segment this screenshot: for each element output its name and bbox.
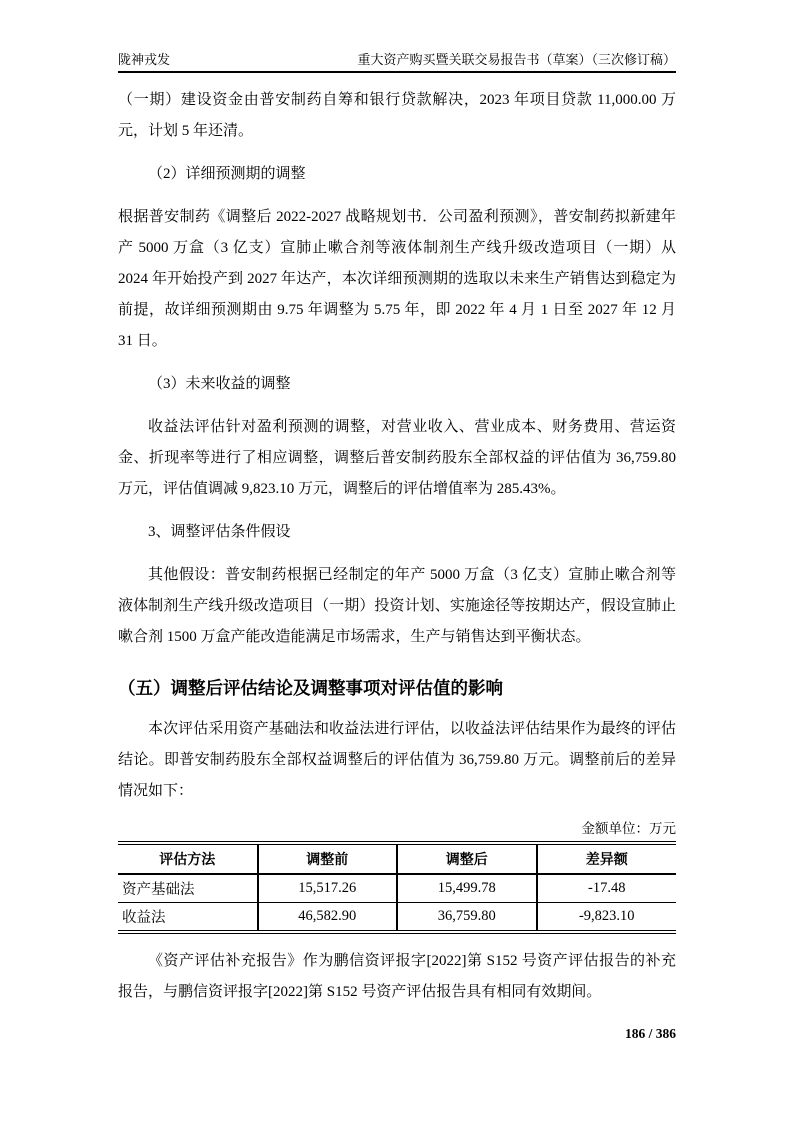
page-header: 陇神戎发 重大资产购买暨关联交易报告书（草案）（三次修订稿） xyxy=(118,50,676,73)
table-row-asset-basis: 资产基础法 15,517.26 15,499.78 -17.48 xyxy=(118,874,676,903)
header-report-title: 重大资产购买暨关联交易报告书（草案）（三次修订稿） xyxy=(357,50,676,69)
table-cell-after: 15,499.78 xyxy=(397,874,537,903)
evaluation-comparison-table: 评估方法 调整前 调整后 差异额 资产基础法 15,517.26 15,499.… xyxy=(118,841,676,934)
document-body: （一期）建设资金由普安制药自筹和银行贷款解决，2023 年项目贷款 11,000… xyxy=(118,85,676,1008)
section-heading-5: （五）调整后评估结论及调整事项对评估值的影响 xyxy=(118,675,676,702)
paragraph-forecast-period: 根据普安制药《调整后 2022-2027 战略规划书．公司盈利预测》，普安制药拟… xyxy=(118,202,676,357)
table-cell-method: 收益法 xyxy=(118,903,258,933)
table-cell-difference: -17.48 xyxy=(537,874,677,903)
subheading-item2: （2）详细预测期的调整 xyxy=(118,159,676,190)
paragraph-assumptions: 其他假设：普安制药根据已经制定的年产 5000 万盒（3 亿支）宣肺止嗽合剂等液… xyxy=(118,560,676,653)
column-header-before: 调整前 xyxy=(258,843,398,874)
subheading-item3: （3）未来收益的调整 xyxy=(118,369,676,400)
paragraph-income-adjustment: 收益法评估针对盈利预测的调整，对营业收入、营业成本、财务费用、营运资金、折现率等… xyxy=(118,412,676,505)
table-header-row: 评估方法 调整前 调整后 差异额 xyxy=(118,843,676,874)
table-cell-after: 36,759.80 xyxy=(397,903,537,933)
paragraph-conclusion: 本次评估采用资产基础法和收益法进行评估，以收益法评估结果作为最终的评估结论。即普… xyxy=(118,714,676,807)
document-page: 陇神戎发 重大资产购买暨关联交易报告书（草案）（三次修订稿） （一期）建设资金由… xyxy=(0,0,793,1122)
table-unit-label: 金额单位：万元 xyxy=(118,819,676,838)
column-header-difference: 差异额 xyxy=(537,843,677,874)
column-header-after: 调整后 xyxy=(397,843,537,874)
table-cell-method: 资产基础法 xyxy=(118,874,258,903)
page-number: 186 / 386 xyxy=(625,1026,676,1042)
table-cell-before: 15,517.26 xyxy=(258,874,398,903)
table-cell-before: 46,582.90 xyxy=(258,903,398,933)
header-company-name: 陇神戎发 xyxy=(118,50,170,69)
paragraph-supplement-report: 《资产评估补充报告》作为鹏信资评报字[2022]第 S152 号资产评估报告的补… xyxy=(118,946,676,1008)
table-cell-difference: -9,823.10 xyxy=(537,903,677,933)
column-header-method: 评估方法 xyxy=(118,843,258,874)
table-row-income-method: 收益法 46,582.90 36,759.80 -9,823.10 xyxy=(118,903,676,933)
paragraph-construction-funds: （一期）建设资金由普安制药自筹和银行贷款解决，2023 年项目贷款 11,000… xyxy=(118,85,676,147)
subheading-assumptions: 3、调整评估条件假设 xyxy=(118,517,676,548)
